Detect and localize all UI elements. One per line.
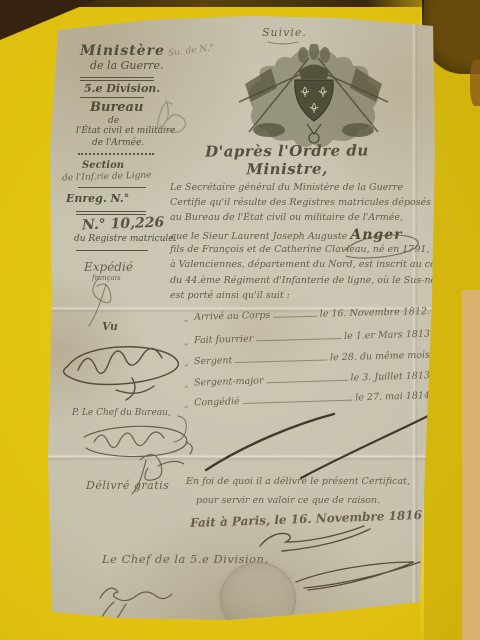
surname-paraph: [346, 235, 418, 258]
pencil-scribble: [157, 100, 185, 132]
cancellation-slash-1: [206, 414, 334, 470]
certificate-paper: Ministère de la Guerre. 5.e Division. Bu…: [46, 14, 436, 624]
cancellation-slash-2: [301, 416, 428, 478]
expedie-flourish: [89, 276, 111, 326]
stray-curve: [174, 416, 186, 442]
underlay-strip: [462, 290, 480, 640]
suivie-underline: [268, 42, 298, 44]
signature-souschef-scrawl: [132, 454, 184, 494]
signature-chef-division: [95, 588, 172, 624]
chef-division-flourish: [296, 562, 420, 590]
signature-big-scrawl: [78, 348, 162, 400]
signature-secretaire: [260, 526, 370, 551]
ink-overlay: [46, 14, 436, 624]
photo-of-certificate: Ministère de la Guerre. 5.e Division. Bu…: [0, 0, 480, 640]
